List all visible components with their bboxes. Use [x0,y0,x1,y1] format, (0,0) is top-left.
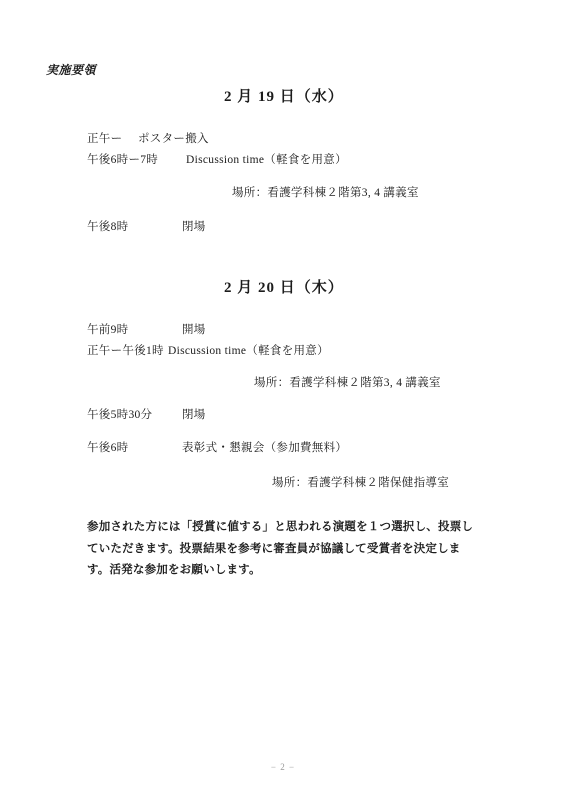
location-line: 場所：看護学科棟２階第3, 4 講義室 [254,374,441,390]
doc-tag: 実施要領 [46,61,96,78]
schedule-activity: Discussion time（軽食を用意） [168,345,329,357]
page-number: − 2 − [0,762,566,772]
schedule-time: 正午ー [87,130,138,146]
schedule-activity: ポスター搬入 [138,133,209,145]
schedule-row: 午前9時開場 [87,321,206,337]
schedule-activity: Discussion time（軽食を用意） [186,154,347,166]
schedule-activity: 閉場 [182,409,206,421]
schedule-row: 午後6時表彰式・懇親会（参加費無料） [87,439,347,455]
schedule-row: 午後6時ー7時Discussion time（軽食を用意） [87,151,347,167]
location-line: 場所：看護学科棟２階第3, 4 講義室 [232,184,419,200]
schedule-row: 正午ー午後1時Discussion time（軽食を用意） [87,342,329,358]
location-line: 場所：看護学科棟２階保健指導室 [272,474,449,490]
schedule-time: 午後5時30分 [87,406,182,422]
day1-heading: 2 月 19 日（水） [224,85,344,106]
schedule-activity: 開場 [182,324,206,336]
note-paragraph: 参加された方には「授賞に値する」と思われる演題を１つ選択し、投票していただきます… [87,517,481,582]
schedule-row: 正午ーポスター搬入 [87,130,209,146]
day2-heading: 2 月 20 日（木） [224,276,344,297]
schedule-row: 午後5時30分閉場 [87,406,206,422]
schedule-activity: 閉場 [182,221,206,233]
schedule-activity: 表彰式・懇親会（参加費無料） [182,442,347,454]
schedule-time: 午後6時ー7時 [87,151,186,167]
schedule-time: 午前9時 [87,321,182,337]
schedule-time: 正午ー午後1時 [87,342,168,358]
schedule-row: 午後8時閉場 [87,218,206,234]
schedule-time: 午後8時 [87,218,182,234]
schedule-time: 午後6時 [87,439,182,455]
